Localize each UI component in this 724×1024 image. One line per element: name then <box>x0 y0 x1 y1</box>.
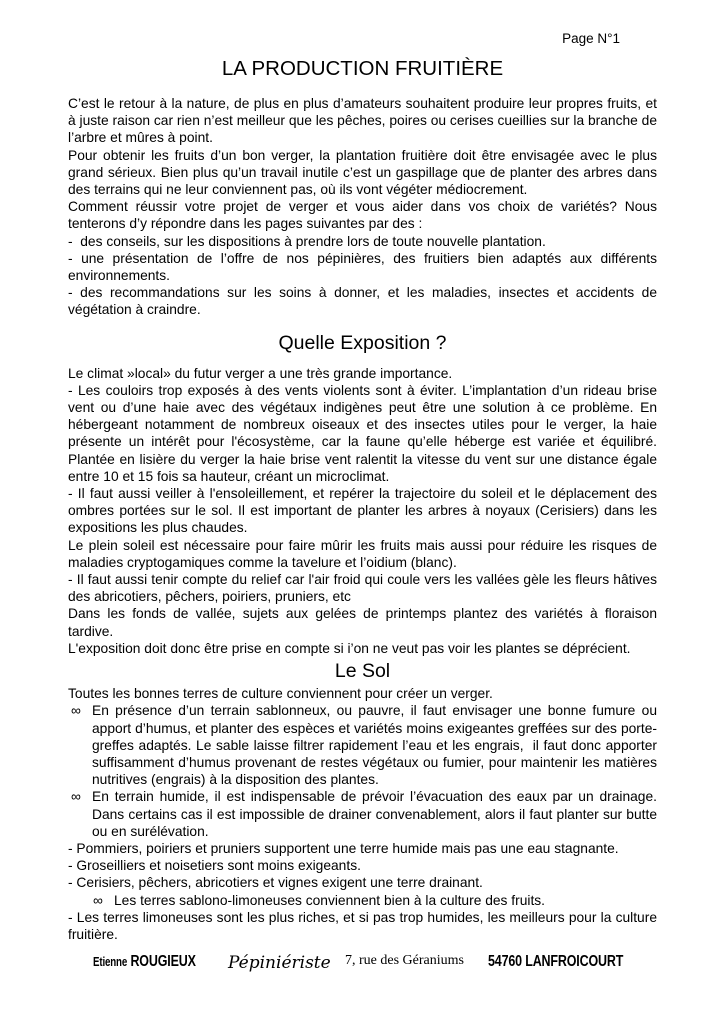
document-content: Page N°1 LA PRODUCTION FRUITIÈRE C’est l… <box>68 30 657 943</box>
exposition-paragraph: - Les couloirs trop exposés à des vents … <box>68 382 657 485</box>
sol-closing-paragraph: - Les terres limoneuses sont les plus ri… <box>68 909 657 943</box>
sol-intro: Toutes les bonnes terres de culture conv… <box>68 685 657 702</box>
footer-city: 54760 LANFROICOURT <box>488 953 623 971</box>
document-page: Page N°1 LA PRODUCTION FRUITIÈRE C’est l… <box>0 0 724 1024</box>
footer-address: 7, rue des Géraniums <box>345 953 464 969</box>
section-heading-sol: Le Sol <box>68 658 657 684</box>
infinity-bullet-icon: ∞ <box>71 788 81 805</box>
page-number: Page N°1 <box>68 30 657 47</box>
sol-dash-item: - Groseilliers et noisetiers sont moins … <box>68 857 657 874</box>
exposition-paragraph: L'exposition doit donc être prise en com… <box>68 640 657 657</box>
infinity-bullet-icon: ∞ <box>93 892 103 909</box>
exposition-paragraph: Le plein soleil est nécessaire pour fair… <box>68 537 657 571</box>
footer-first-name: Etienne <box>93 955 127 969</box>
intro-paragraph: Comment réussir votre projet de verger e… <box>68 198 657 232</box>
infinity-bullet-icon: ∞ <box>71 702 81 719</box>
exposition-paragraph: Dans les fonds de vallée, sujets aux gel… <box>68 605 657 639</box>
footer: Etienne ROUGIEUX Pépiniériste 7, rue des… <box>68 953 657 979</box>
intro-dash-item: - une présentation de l’offre de nos pép… <box>68 250 657 284</box>
nested-bullet-item: ∞ Les terres sablono-limoneuses convienn… <box>68 892 657 909</box>
section-heading-exposition: Quelle Exposition ? <box>68 330 657 356</box>
bullet-text: Les terres sablono-limoneuses conviennen… <box>114 892 657 909</box>
sol-dash-item: - Cerisiers, pêchers, abricotiers et vig… <box>68 874 657 891</box>
bullet-item: ∞ En terrain humide, il est indispensabl… <box>68 788 657 840</box>
bullet-item: ∞ En présence d’un terrain sablonneux, o… <box>68 702 657 788</box>
bullet-text: En terrain humide, il est indispensable … <box>92 788 657 840</box>
intro-dash-item: - des recommandations sur les soins à do… <box>68 284 657 318</box>
footer-last-name: ROUGIEUX <box>130 953 195 970</box>
intro-paragraph: C’est le retour à la nature, de plus en … <box>68 95 657 147</box>
intro-paragraph: Pour obtenir les fruits d’un bon verger,… <box>68 147 657 199</box>
exposition-paragraph: - Il faut aussi tenir compte du relief c… <box>68 571 657 605</box>
bullet-text: En présence d’un terrain sablonneux, ou … <box>92 702 657 788</box>
page-title: LA PRODUCTION FRUITIÈRE <box>68 56 657 82</box>
intro-dash-item: - des conseils, sur les dispositions à p… <box>68 233 657 250</box>
sol-dash-item: - Pommiers, poiriers et pruniers support… <box>68 840 657 857</box>
footer-profession: Pépiniériste <box>228 953 331 973</box>
footer-name: Etienne ROUGIEUX <box>93 953 196 971</box>
exposition-paragraph: - Il faut aussi veiller à l'ensoleilleme… <box>68 485 657 537</box>
exposition-paragraph: Le climat »local» du futur verger a une … <box>68 365 657 382</box>
